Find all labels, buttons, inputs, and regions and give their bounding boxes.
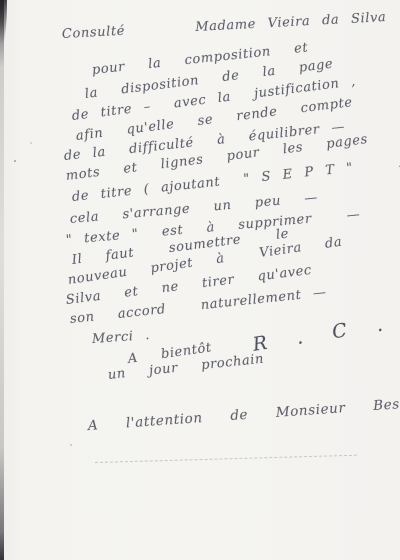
faint-pencil-line [95,455,357,463]
scan-speck [14,160,16,162]
signature-initials: R . C . [252,315,391,355]
scanned-letter-page: Consulté Madame Vieira da Silva pour la … [0,0,400,560]
letter-line: Consulté Madame Vieira da Silva [62,11,387,41]
scan-corner-blotch [0,0,7,44]
attention-note: A l'attention de Monsieur Besnier [88,396,400,433]
scan-speck [30,142,32,144]
scanner-edge-shadow [0,0,4,560]
letter-line: Merci . [92,329,151,346]
scan-speck [70,444,72,446]
